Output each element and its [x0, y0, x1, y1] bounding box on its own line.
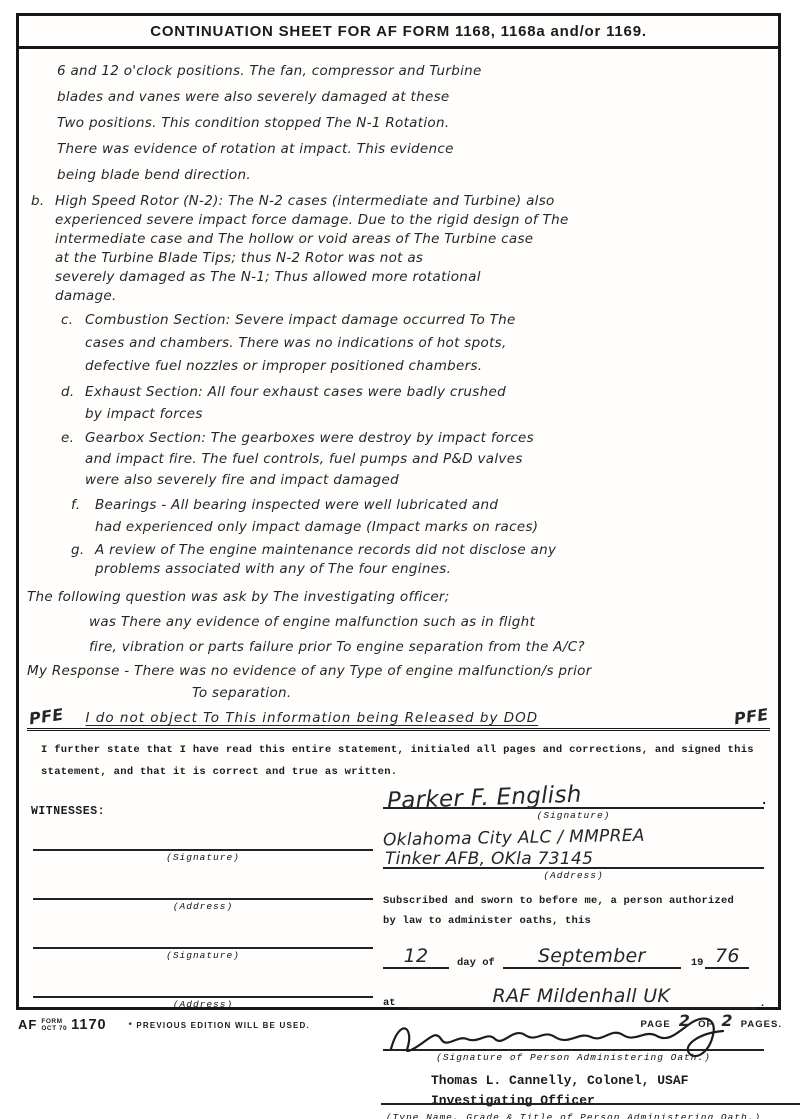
- statement-line: blades and vanes were also severely dama…: [57, 84, 770, 110]
- page-indicator: PAGE 2 OF 2 PAGES.: [641, 1017, 783, 1030]
- continuation-form: CONTINUATION SHEET FOR AF FORM 1168, 116…: [16, 13, 781, 1010]
- release-text: I do not object To This information bein…: [72, 710, 726, 726]
- form-edition-stack: FORM OCT 70: [41, 1018, 67, 1032]
- year-prefix: 19: [691, 957, 704, 969]
- statement-body: 6 and 12 o'clock positions. The fan, com…: [19, 49, 778, 1119]
- item-letter: d.: [61, 381, 85, 425]
- statement-item-g: g. A review of The engine maintenance re…: [27, 541, 770, 579]
- item-text: High Speed Rotor (N-2): The N-2 cases (i…: [55, 192, 770, 306]
- page-total: 2: [721, 1011, 732, 1030]
- statement-line: being blade bend direction.: [57, 162, 770, 188]
- statement-line: Gearbox Section: The gearboxes were dest…: [85, 428, 770, 449]
- statement-line: The following question was ask by The in…: [27, 585, 770, 610]
- statement-line: A review of The engine maintenance recor…: [95, 541, 770, 560]
- item-text: Gearbox Section: The gearboxes were dest…: [85, 428, 770, 491]
- statement-line: damage.: [55, 287, 770, 306]
- statement-item-f: f. Bearings - All bearing inspected were…: [27, 494, 770, 538]
- statement-item-d: d. Exhaust Section: All four exhaust cas…: [27, 381, 770, 425]
- witness-signature-line[interactable]: [33, 818, 373, 851]
- form-number: 1170: [71, 1017, 106, 1033]
- address-caption: (Address): [33, 900, 373, 912]
- item-letter: c.: [61, 309, 85, 378]
- statement-line: cases and chambers. There was no indicat…: [85, 332, 770, 355]
- of-label: OF: [698, 1019, 713, 1030]
- type-name-caption: (Type Name, Grade & Title of Person Admi…: [383, 1111, 764, 1119]
- statement-line: experienced severe impact force damage. …: [55, 211, 770, 230]
- officer-name: Thomas L. Cannelly, Colonel, USAF: [431, 1071, 764, 1091]
- item-text: A review of The engine maintenance recor…: [95, 541, 770, 579]
- witness-slot: (Address): [33, 863, 373, 912]
- sworn-line: by law to administer oaths, this: [383, 911, 764, 931]
- statement-line: had experienced only impact damage (Impa…: [95, 516, 770, 538]
- statement-line: and impact fire. The fuel controls, fuel…: [85, 449, 770, 470]
- place-field[interactable]: RAF Mildenhall UK: [406, 985, 757, 1009]
- oath-date-row: 12 day of September 19 76: [383, 945, 764, 969]
- certification-line: I further state that I have read this en…: [41, 739, 762, 761]
- statement-item-e: e. Gearbox Section: The gearboxes were d…: [27, 428, 770, 491]
- statement-line: by impact forces: [85, 403, 770, 425]
- form-number-block: AF FORM OCT 70 1170 * PREVIOUS EDITION W…: [18, 1017, 310, 1033]
- statement-line: Two positions. This condition stopped Th…: [57, 110, 770, 136]
- day-field[interactable]: 12: [383, 945, 449, 969]
- page-label: PAGE: [641, 1019, 671, 1030]
- signature-area: WITNESSES: (Signature) (Address) (Signat…: [27, 783, 770, 1119]
- statement-line: problems associated with any of The four…: [95, 560, 770, 579]
- item-text: Exhaust Section: All four exhaust cases …: [85, 381, 770, 425]
- address-caption: (Address): [33, 998, 373, 1010]
- officer-identification: Thomas L. Cannelly, Colonel, USAF Invest…: [383, 1071, 764, 1111]
- statement-line: severely damaged as The N-1; Thus allowe…: [55, 268, 770, 287]
- year-field[interactable]: 76: [705, 945, 749, 969]
- initials-right: PFE: [732, 705, 769, 729]
- release-statement: PFE I do not object To This information …: [27, 706, 770, 731]
- sworn-line: Subscribed and sworn to before me, a per…: [383, 891, 764, 911]
- form-header: CONTINUATION SHEET FOR AF FORM 1168, 116…: [19, 16, 778, 49]
- witness-address-line[interactable]: [33, 961, 373, 998]
- statement-line: intermediate case and The hollow or void…: [55, 230, 770, 249]
- witness-response: My Response - There was no evidence of a…: [27, 660, 770, 704]
- address-caption: (Address): [383, 869, 764, 881]
- statement-line: High Speed Rotor (N-2): The N-2 cases (i…: [55, 192, 770, 211]
- affiant-address: Tinker AFB, OKla 73145: [385, 849, 593, 869]
- statement-item-b: b. High Speed Rotor (N-2): The N-2 cases…: [27, 192, 770, 306]
- day-of-label: day of: [457, 957, 495, 969]
- statement-line: were also severely fire and impact damag…: [85, 470, 770, 491]
- statement-line: There was evidence of rotation at impact…: [57, 136, 770, 162]
- form-title: CONTINUATION SHEET FOR AF FORM 1168, 116…: [150, 23, 647, 40]
- witnesses-column: WITNESSES: (Signature) (Address) (Signat…: [31, 783, 383, 1119]
- item-text: Combustion Section: Severe impact damage…: [85, 309, 770, 378]
- statement-line: at the Turbine Blade Tips; thus N-2 Roto…: [55, 249, 770, 268]
- affiant-column: Parker F. English . (Signature) Oklahoma…: [383, 783, 764, 1119]
- statement-line: To separation.: [192, 682, 770, 704]
- form-date: OCT 70: [41, 1025, 67, 1032]
- witnesses-label: WITNESSES:: [31, 805, 383, 818]
- affiant-address-line[interactable]: Tinker AFB, OKla 73145: [383, 847, 764, 869]
- item-letter: f.: [71, 494, 95, 538]
- statement-line: Exhaust Section: All four exhaust cases …: [85, 381, 770, 403]
- edition-note: * PREVIOUS EDITION WILL BE USED.: [129, 1021, 310, 1030]
- affiant-signature-line[interactable]: Parker F. English .: [383, 769, 764, 809]
- initials-left: PFE: [28, 705, 65, 729]
- item-letter: e.: [61, 428, 85, 491]
- statement-line: My Response - There was no evidence of a…: [27, 660, 770, 682]
- statement-intro: 6 and 12 o'clock positions. The fan, com…: [57, 58, 770, 188]
- at-label: at: [383, 997, 396, 1009]
- signature-caption: (Signature): [33, 949, 373, 961]
- investigator-question: The following question was ask by The in…: [27, 585, 770, 660]
- statement-line: Combustion Section: Severe impact damage…: [85, 309, 770, 332]
- signature-caption: (Signature): [33, 851, 373, 863]
- af-prefix: AF: [18, 1017, 37, 1032]
- statement-item-c: c. Combustion Section: Severe impact dam…: [27, 309, 770, 378]
- statement-line: Bearings - All bearing inspected were we…: [95, 494, 770, 516]
- line-terminal-dot: .: [762, 792, 766, 807]
- item-letter: g.: [71, 541, 95, 579]
- witness-slot: (Signature): [33, 818, 373, 863]
- statement-line: fire, vibration or parts failure prior T…: [89, 635, 770, 660]
- line-terminal-dot: .: [761, 997, 764, 1009]
- witness-signature-line[interactable]: [33, 912, 373, 949]
- month-field[interactable]: September: [503, 945, 681, 969]
- witness-address-line[interactable]: [33, 863, 373, 900]
- witness-slot: (Address): [33, 961, 373, 1010]
- form-word: FORM: [41, 1018, 67, 1025]
- witness-slot: (Signature): [33, 912, 373, 961]
- statement-line: 6 and 12 o'clock positions. The fan, com…: [57, 58, 770, 84]
- statement-line: was There any evidence of engine malfunc…: [89, 610, 770, 635]
- pages-label: PAGES.: [741, 1019, 782, 1030]
- statement-line: defective fuel nozzles or improper posit…: [85, 355, 770, 378]
- officer-title: Investigating Officer: [431, 1091, 595, 1111]
- oath-place-row: at RAF Mildenhall UK .: [383, 985, 764, 1009]
- page-number: 2: [679, 1011, 690, 1030]
- item-text: Bearings - All bearing inspected were we…: [95, 494, 770, 538]
- item-letter: b.: [31, 192, 55, 306]
- form-footer: AF FORM OCT 70 1170 * PREVIOUS EDITION W…: [18, 1017, 782, 1033]
- sworn-statement: Subscribed and sworn to before me, a per…: [383, 891, 764, 931]
